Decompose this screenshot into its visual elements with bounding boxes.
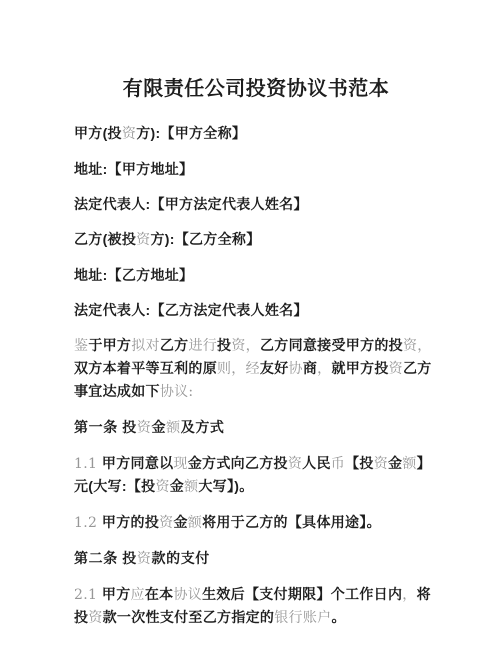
text-run: 友好 — [260, 360, 289, 376]
clause-1-1-paragraph: 1.1 甲方同意以现金方式向乙方投资人民币【投资金额】元(大写:【投资金额大写】… — [74, 452, 438, 498]
fallback-glyph-run: 资 — [137, 420, 152, 436]
text-run: 甲方同意以 — [102, 455, 174, 471]
fallback-glyph-run: 资 — [136, 232, 150, 248]
text-run: 【投 — [345, 455, 374, 471]
fallback-glyph-run: 拟对 — [131, 338, 160, 354]
fallback-glyph-run: 资 — [122, 126, 136, 142]
fallback-glyph-run: 资 — [88, 610, 102, 626]
fallback-glyph-run: 协 — [289, 361, 303, 377]
text-run: 于甲方 — [88, 337, 131, 353]
text-run: 法定代表人:【甲方法定代表人姓名】 — [74, 196, 308, 212]
text-run: 金 — [152, 419, 167, 435]
party-b-representative-line: 法定代表人:【乙方法定代表人姓名】 — [74, 299, 438, 321]
document-title: 有限责任公司投资协议书范本 — [74, 76, 438, 103]
fallback-glyph-run: 额 — [184, 479, 198, 495]
text-run: 。 — [331, 609, 345, 625]
text-run: 法定代表人:【乙方法定代表人姓名】 — [74, 302, 308, 318]
clause-1-2-paragraph: 1.2 甲方的投资金额将用于乙方的【具体用途】。 — [74, 511, 438, 534]
text-run: 款一次性支付至乙方指定的 — [103, 609, 275, 625]
fallback-glyph-run: 资 — [389, 361, 403, 377]
article-1-heading: 第一条 投资金额及方式 — [74, 416, 438, 439]
text-run: 乙方 — [160, 337, 189, 353]
text-run: 商 — [303, 360, 317, 376]
fallback-glyph-run: 现 — [173, 456, 187, 472]
party-a-line: 甲方(投资方):【甲方全称】 — [74, 122, 438, 145]
fallback-glyph-run: 2.1 — [74, 587, 102, 603]
fallback-glyph-run: 资 — [137, 551, 152, 567]
text-run: 甲方(投 — [74, 125, 122, 141]
fallback-glyph-run: 资， — [403, 338, 432, 354]
article-2-heading: 第二条 投资款的支付 — [74, 547, 438, 570]
text-run: 金 — [170, 478, 184, 494]
fallback-glyph-run: 则， — [217, 361, 246, 377]
text-run: 甲方的投 — [102, 514, 159, 530]
fallback-glyph-run: 1.2 — [74, 515, 102, 531]
fallback-glyph-run: 经 — [246, 361, 260, 377]
fallback-glyph-run: 协议 — [173, 587, 202, 603]
text-run: 就甲方投 — [331, 360, 388, 376]
fallback-glyph-run: 资 — [159, 515, 173, 531]
fallback-glyph-run: 资 — [155, 479, 169, 495]
text-run: 将用于乙方的【具体用途】。 — [202, 514, 381, 530]
text-run: 乙方(被投 — [74, 231, 136, 247]
document-page: 有限责任公司投资协议书范本 甲方(投资方):【甲方全称】 地址:【甲方地址】 法… — [0, 0, 500, 647]
fallback-glyph-run: 资 — [288, 456, 302, 472]
text-run: 金 — [388, 455, 402, 471]
fallback-glyph-run: 资， — [231, 338, 260, 354]
fallback-glyph-run: ， — [317, 361, 331, 377]
text-run: 及方式 — [181, 419, 225, 435]
text-run: 方):【乙方全称】 — [150, 231, 260, 247]
party-a-address-line: 地址:【甲方地址】 — [74, 158, 438, 180]
text-run: 第二条 投 — [74, 550, 137, 566]
text-run: 人民 — [302, 455, 331, 471]
text-run: 第一条 投 — [74, 419, 137, 435]
fallback-glyph-run: 进行 — [188, 338, 217, 354]
text-run: 大写】)。 — [198, 478, 253, 494]
fallback-glyph-run: 银行账户 — [274, 610, 331, 626]
text-run: 乙方同意接受甲方的投 — [260, 337, 403, 353]
text-run: 甲方 — [102, 586, 131, 602]
fallback-glyph-run: 额 — [402, 456, 416, 472]
text-run: 金 — [173, 514, 187, 530]
fallback-glyph-run: 资 — [374, 456, 388, 472]
text-run: 方):【甲方全称】 — [136, 125, 246, 141]
fallback-glyph-run: 币 — [331, 456, 345, 472]
text-run: 金方式向乙方投 — [188, 455, 288, 471]
fallback-glyph-run: 协议: — [160, 384, 194, 400]
text-run: 款的支付 — [152, 550, 210, 566]
text-run: 地址:【乙方地址】 — [74, 267, 193, 283]
party-b-address-line: 地址:【乙方地址】 — [74, 264, 438, 286]
fallback-glyph-run: 1.1 — [74, 456, 102, 472]
text-run: 投 — [217, 337, 231, 353]
clause-2-1-paragraph: 2.1 甲方应在本协议生效后【支付期限】个工作日内，将投资款一次性支付至乙方指定… — [74, 583, 438, 629]
fallback-glyph-run: 应 — [131, 587, 145, 603]
party-a-representative-line: 法定代表人:【甲方法定代表人姓名】 — [74, 193, 438, 215]
text-run: 生效后【支付期限】个工作日内 — [202, 586, 402, 602]
text-run: 地址:【甲方地址】 — [74, 161, 193, 177]
text-run: 在本 — [145, 586, 174, 602]
fallback-glyph-run: 额 — [166, 420, 181, 436]
text-run: 双方本着平等互利的原 — [74, 360, 217, 376]
preamble-paragraph: 鉴于甲方拟对乙方进行投资，乙方同意接受甲方的投资，双方本着平等互利的原则，经友好… — [74, 334, 438, 403]
fallback-glyph-run: 额 — [188, 515, 202, 531]
party-b-line: 乙方(被投资方):【乙方全称】 — [74, 228, 438, 251]
fallback-glyph-run: ， — [402, 587, 416, 603]
fallback-glyph-run: 鉴 — [74, 338, 88, 354]
